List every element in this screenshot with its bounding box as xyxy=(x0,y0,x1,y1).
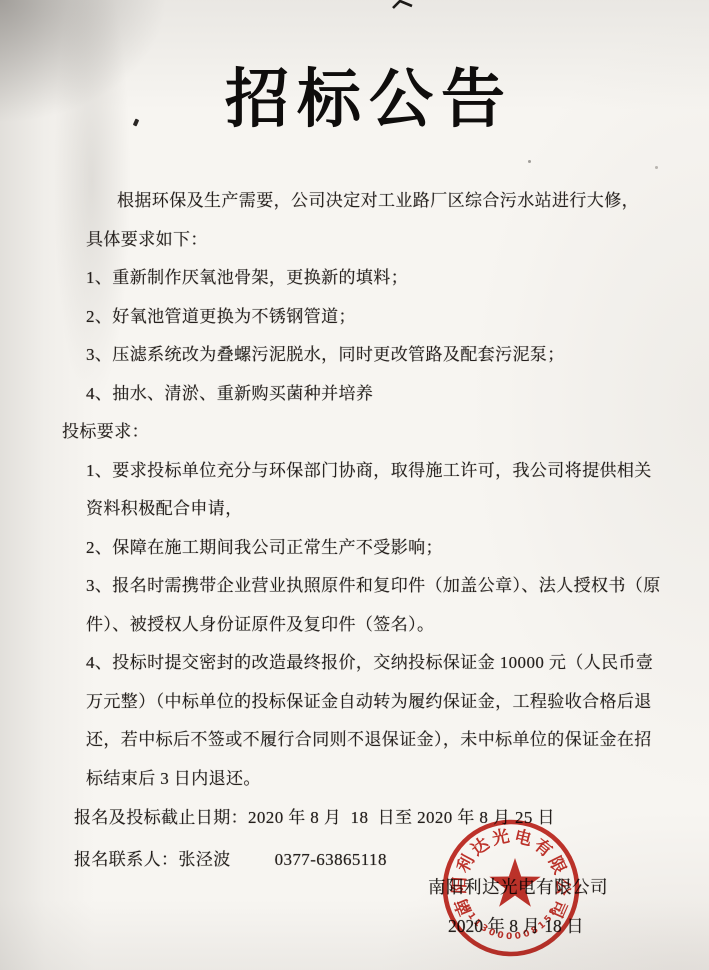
seal-serial-number: 4113000008158 xyxy=(461,904,560,942)
spec-item: 4、抽水、清淤、重新购买菌种并培养 xyxy=(86,375,667,414)
spec-item: 3、压滤系统改为叠螺污泥脱水，同时更改管路及配套污泥泵； xyxy=(86,336,667,375)
bid-item: 3、报名时需携带企业营业执照原件和复印件（加盖公章）、法人授权书（原 件）、被授… xyxy=(86,567,667,644)
intro-paragraph: 根据环保及生产需要，公司决定对工业路厂区综合污水站进行大修， 具体要求如下： xyxy=(86,182,667,259)
spec-item: 2、好氧池管道更换为不锈钢管道； xyxy=(86,298,667,337)
deadline-label: 报名及投标截止日期： xyxy=(74,808,248,827)
scan-pen-mark-top-icon xyxy=(392,0,414,10)
scanned-document-page: 招标公告 根据环保及生产需要，公司决定对工业路厂区综合污水站进行大修， 具体要求… xyxy=(0,0,709,970)
page-title: 招标公告 xyxy=(71,54,667,146)
scan-speck xyxy=(655,166,658,169)
bid-item: 2、保障在施工期间我公司正常生产不受影响； xyxy=(86,529,667,568)
scan-speck xyxy=(597,463,600,466)
star-icon xyxy=(489,858,540,907)
bid-item: 1、要求投标单位充分与环保部门协商，取得施工许可，我公司将提供相关 资料积极配合… xyxy=(86,452,667,529)
contact-phone: 0377-63865118 xyxy=(275,850,387,869)
official-seal: 南阳利达光电有限公司 4113000008158 xyxy=(436,815,586,965)
contact-label: 报名联系人： xyxy=(74,850,178,869)
document-body: 招标公告 根据环保及生产需要，公司决定对工业路厂区综合污水站进行大修， 具体要求… xyxy=(0,54,709,879)
scan-speck xyxy=(528,160,531,163)
contact-name: 张泾波 xyxy=(178,850,230,869)
bid-list: 1、要求投标单位充分与环保部门协商，取得施工许可，我公司将提供相关 资料积极配合… xyxy=(86,452,667,799)
bid-requirements-heading: 投标要求： xyxy=(62,413,667,452)
bid-item: 4、投标时提交密封的改造最终报价，交纳投标保证金 10000 元（人民币壹 万元… xyxy=(86,644,667,798)
spec-list: 1、重新制作厌氧池骨架，更换新的填料； 2、好氧池管道更换为不锈钢管道； 3、压… xyxy=(86,259,667,413)
spec-item: 1、重新制作厌氧池骨架，更换新的填料； xyxy=(86,259,667,298)
svg-text:4113000008158: 4113000008158 xyxy=(461,904,560,942)
